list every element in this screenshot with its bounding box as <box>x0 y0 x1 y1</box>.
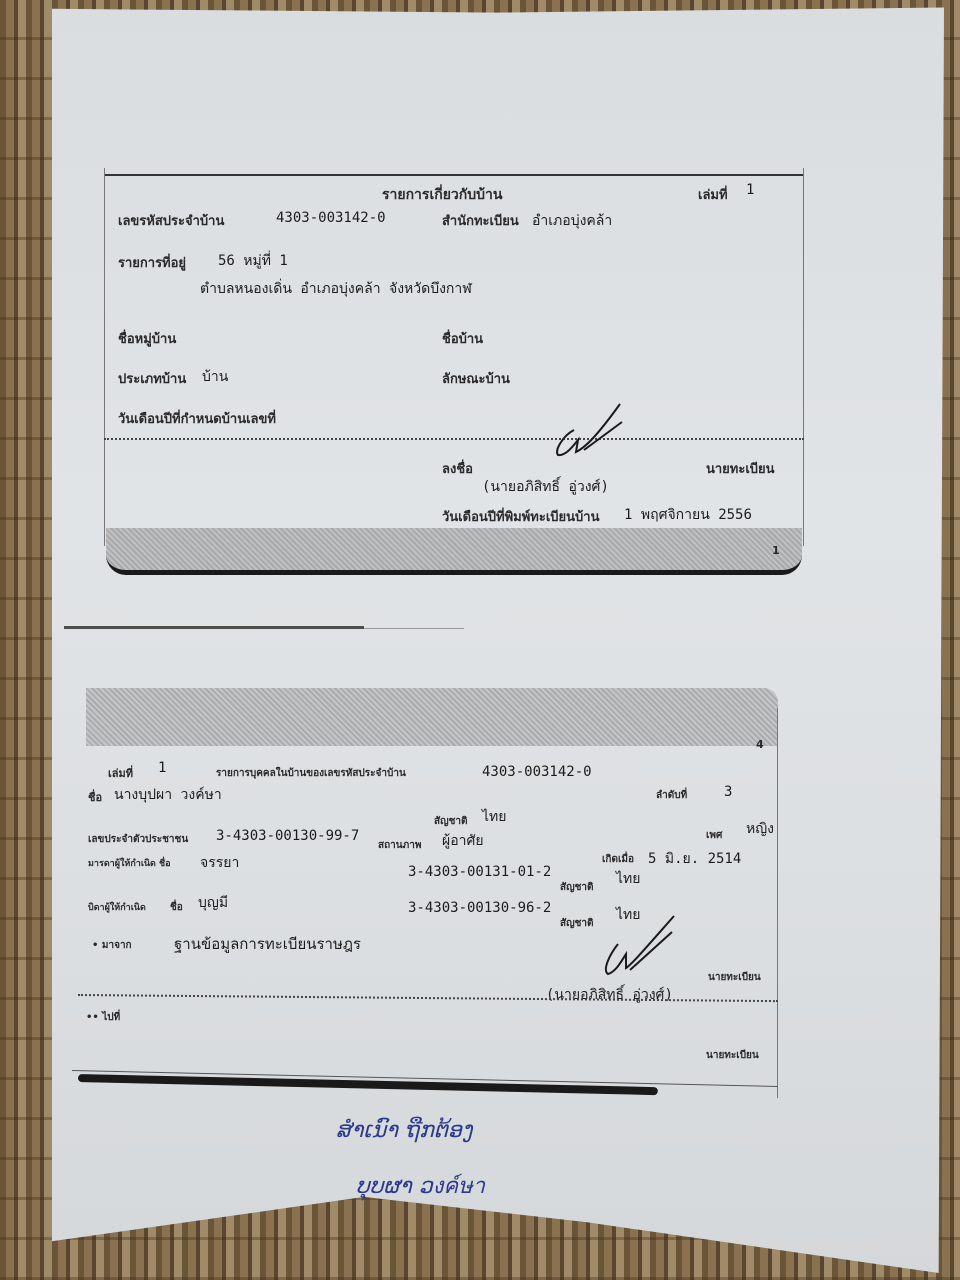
nationality: ไทย <box>482 806 506 828</box>
from-value: ฐานข้อมูลการทะเบียนราษฎร <box>174 932 361 956</box>
father-nationality-label: สัญชาติ <box>560 916 594 931</box>
father-id: 3-4303-00130-96-2 <box>408 900 551 916</box>
book-value: 1 <box>746 182 754 198</box>
book-label: เล่มที่ <box>108 764 133 782</box>
father-name: บุญมี <box>198 892 228 914</box>
handwritten-note-line1: ສຳເນົາ ຖືກຕ້ອງ <box>336 1118 473 1143</box>
birth-date: 5 มิ.ย. 2514 <box>648 848 741 870</box>
registrar-title: นายทะเบียน <box>708 970 761 985</box>
book-label: เล่มที่ <box>698 184 728 205</box>
house-type-label: ประเภทบ้าน <box>118 368 186 389</box>
cut-line-faint <box>364 628 464 629</box>
page-number: 1 <box>772 544 780 557</box>
right-border <box>803 168 804 546</box>
registrar-title-2: นายทะเบียน <box>706 1048 759 1063</box>
father-label: บิดาผู้ให้กำเนิด <box>88 900 146 914</box>
registrar-name: (นายอภิสิทธิ์ อู่วงศ์) <box>482 476 609 498</box>
handwritten-note-line2: ບຸບຜາ ວงค์ษา <box>356 1168 485 1203</box>
book-value: 1 <box>158 760 166 776</box>
top-border <box>104 174 804 176</box>
number-assigned-date-label: วันเดือนปีที่กำหนดบ้านเลขที่ <box>118 408 276 429</box>
shaded-header-band <box>86 688 778 746</box>
status: ผู้อาศัย <box>442 830 484 852</box>
left-border <box>104 168 105 546</box>
print-date-label: วันเดือนปีที่พิมพ์ทะเบียนบ้าน <box>442 506 600 527</box>
mother-name: จรรยา <box>200 852 239 874</box>
cut-line <box>64 626 364 629</box>
id-number: 3-4303-00130-99-7 <box>216 828 359 844</box>
sex: หญิง <box>746 818 774 840</box>
registry-office: อำเภอบุ่งคล้า <box>532 210 612 232</box>
registrar-name: (นายอภิสิทธิ์ อู่วงศ์) <box>546 984 673 1006</box>
house-code: 4303-003142-0 <box>276 210 386 226</box>
order-label: ลำดับที่ <box>656 788 687 803</box>
house-code: 4303-003142-0 <box>482 764 592 780</box>
nationality-label: สัญชาติ <box>434 814 468 829</box>
signed-label: ลงชื่อ <box>442 458 473 479</box>
house-code-label: เลขรหัสประจำบ้าน <box>118 210 224 231</box>
order-value: 3 <box>724 784 732 800</box>
mother-nationality-label: สัญชาติ <box>560 880 594 895</box>
house-type: บ้าน <box>202 366 228 388</box>
status-label: สถานภาพ <box>378 838 421 853</box>
registry-office-label: สำนักทะเบียน <box>442 210 519 231</box>
page-number: 4 <box>756 738 764 751</box>
person-name: นางบุปผา วงค์ษา <box>114 784 222 806</box>
name-label: ชื่อ <box>88 788 102 806</box>
from-label: • มาจาก <box>92 938 132 953</box>
mother-label: มารดาผู้ให้กำเนิด ชื่อ <box>88 856 171 870</box>
registrar-signature-icon <box>596 914 676 980</box>
dotted-separator <box>104 438 804 440</box>
house-style-label: ลักษณะบ้าน <box>442 368 510 389</box>
address-line2: ตำบลหนองเดิ่น อำเภอบุ่งคล้า จังหวัดบึงกา… <box>200 278 472 300</box>
house-name-label: ชื่อบ้าน <box>442 328 483 349</box>
id-label: เลขประจำตัวประชาชน <box>88 832 188 847</box>
right-border <box>777 708 778 1098</box>
print-date: 1 พฤศจิกายน 2556 <box>624 504 752 526</box>
house-record-title: รายการเกี่ยวกับบ้าน <box>382 184 502 206</box>
father-name-label: ชื่อ <box>170 900 183 915</box>
mother-id: 3-4303-00131-01-2 <box>408 864 551 880</box>
address-label: รายการที่อยู่ <box>118 252 186 273</box>
house-record-card: รายการเกี่ยวกับบ้าน เล่มที่ 1 เลขรหัสประ… <box>104 168 804 576</box>
address-line1: 56 หมู่ที่ 1 <box>218 250 288 272</box>
shaded-footer-band <box>106 528 802 575</box>
village-name-label: ชื่อหมู่บ้าน <box>118 328 176 349</box>
mother-nationality: ไทย <box>616 868 640 890</box>
registrar-signature-icon <box>544 400 624 460</box>
registrar-title: นายทะเบียน <box>706 458 775 479</box>
sex-label: เพศ <box>706 828 722 843</box>
list-title: รายการบุคคลในบ้านของเลขรหัสประจำบ้าน <box>216 766 406 781</box>
person-record-card: 4 เล่มที่ 1 รายการบุคคลในบ้านของเลขรหัสป… <box>72 688 778 1098</box>
birth-label: เกิดเมื่อ <box>602 852 634 867</box>
to-label: •• ไปที่ <box>86 1010 120 1025</box>
